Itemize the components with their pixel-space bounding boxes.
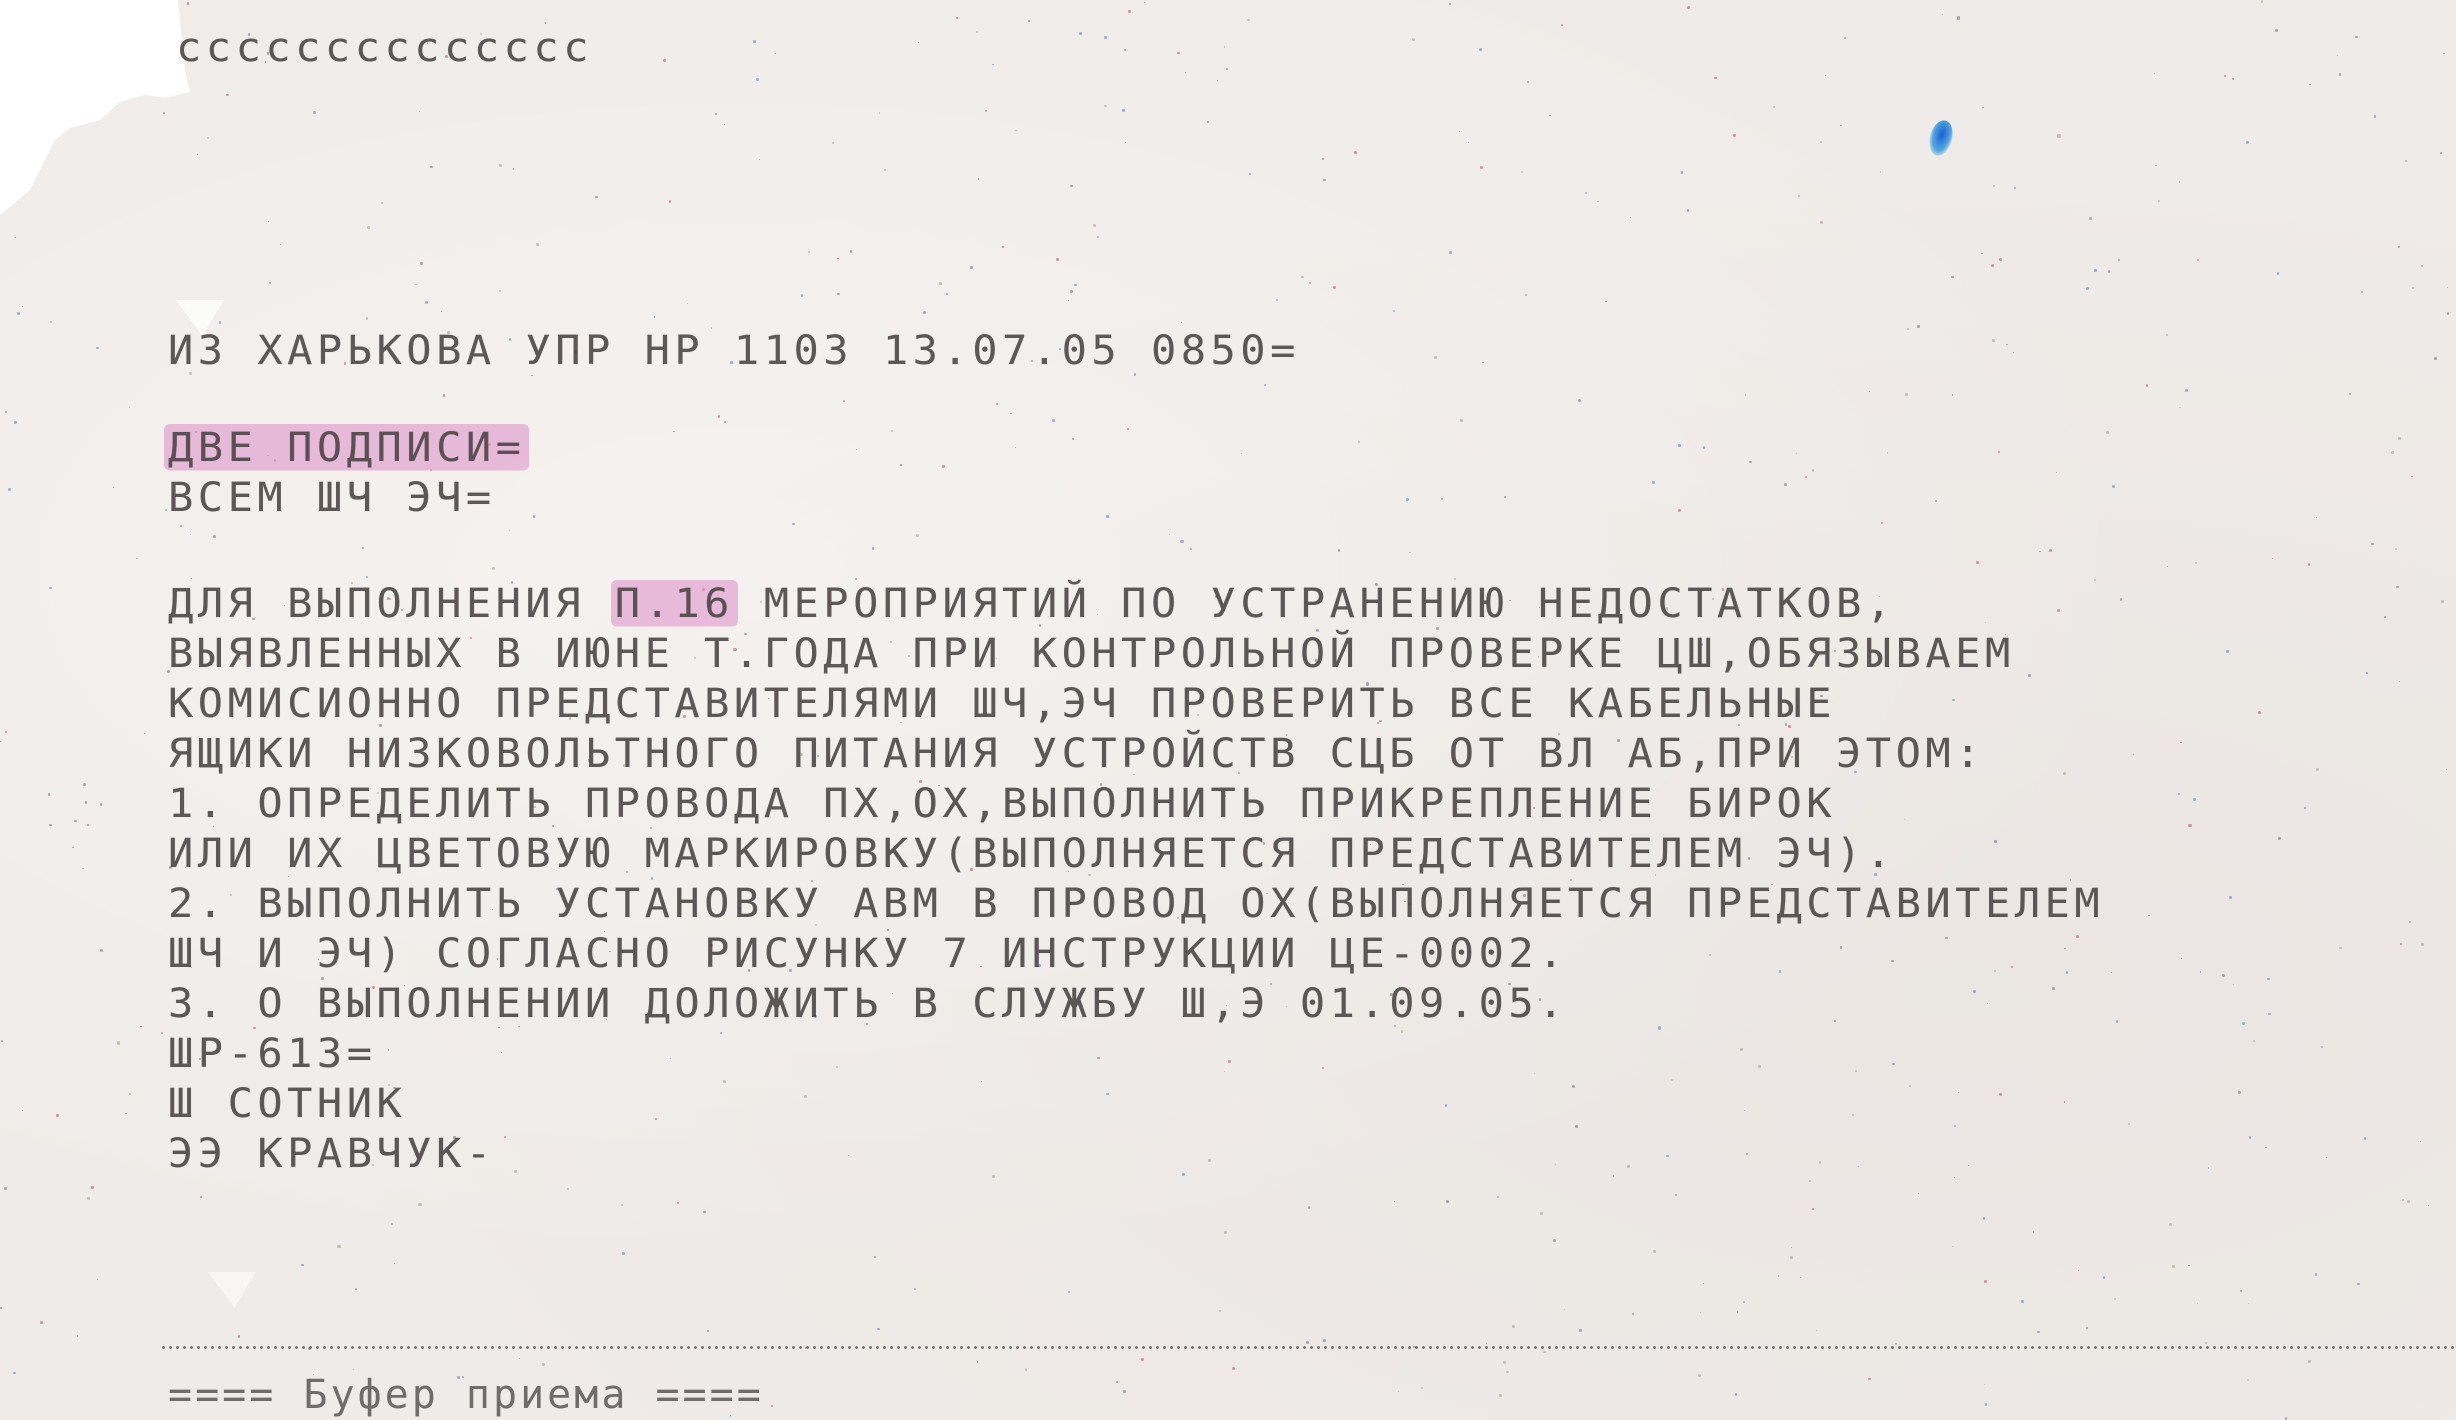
receive-buffer-footer: ==== Буфер приема ==== xyxy=(168,1372,764,1418)
body-line-9: 3. О ВЫПОЛНЕНИИ ДОЛОЖИТЬ В СЛУЖБУ Ш,Э 01… xyxy=(168,980,1568,1028)
dotted-separator xyxy=(160,1346,2456,1349)
body-line-4: ЯЩИКИ НИЗКОВОЛЬТНОГО ПИТАНИЯ УСТРОЙСТВ С… xyxy=(168,730,1985,778)
body-line-2: ВЫЯВЛЕННЫХ В ИЮНЕ Т.ГОДА ПРИ КОНТРОЛЬНОЙ… xyxy=(168,630,2015,678)
body-line-6: ИЛИ ИХ ЦВЕТОВУЮ МАРКИРОВКУ(ВЫПОЛНЯЕТСЯ П… xyxy=(168,830,1896,878)
body-line-8: ШЧ И ЭЧ) СОГЛАСНО РИСУНКУ 7 ИНСТРУКЦИИ Ц… xyxy=(168,930,1568,978)
body-line-1-end: МЕРОПРИЯТИЙ ПО УСТРАНЕНИЮ НЕДОСТАТКОВ, xyxy=(734,580,1896,627)
body-line-5: 1. ОПРЕДЕЛИТЬ ПРОВОДА ПХ,ОХ,ВЫПОЛНИТЬ ПР… xyxy=(168,780,1836,828)
telegram-header: ИЗ ХАРЬКОВА УПР НР 1103 13.07.05 0850= xyxy=(168,327,1300,375)
body-line-3: КОМИСИОННО ПРЕДСТАВИТЕЛЯМИ ШЧ,ЭЧ ПРОВЕРИ… xyxy=(168,680,1836,728)
body-line-1-start: ДЛЯ ВЫПОЛНЕНИЯ xyxy=(168,580,615,627)
highlighted-clause-ref: П.16 xyxy=(611,580,738,627)
reference-number: ШР-613= xyxy=(168,1030,377,1078)
body-line-1: ДЛЯ ВЫПОЛНЕНИЯ П.16 МЕРОПРИЯТИЙ ПО УСТРА… xyxy=(168,580,1896,628)
signer-1: Ш СОТНИК xyxy=(168,1080,406,1128)
addressees: ВСЕМ ШЧ ЭЧ= xyxy=(168,474,496,522)
top-filler-row: cccccccccccccc xyxy=(176,24,593,72)
highlighted-signatures-note: ДВЕ ПОДПИСИ= xyxy=(164,424,529,471)
signer-2: ЭЭ КРАВЧУК- xyxy=(168,1130,496,1178)
signatures-note: ДВЕ ПОДПИСИ= xyxy=(168,424,525,472)
body-line-7: 2. ВЫПОЛНИТЬ УСТАНОВКУ АВМ В ПРОВОД ОХ(В… xyxy=(168,880,2104,928)
